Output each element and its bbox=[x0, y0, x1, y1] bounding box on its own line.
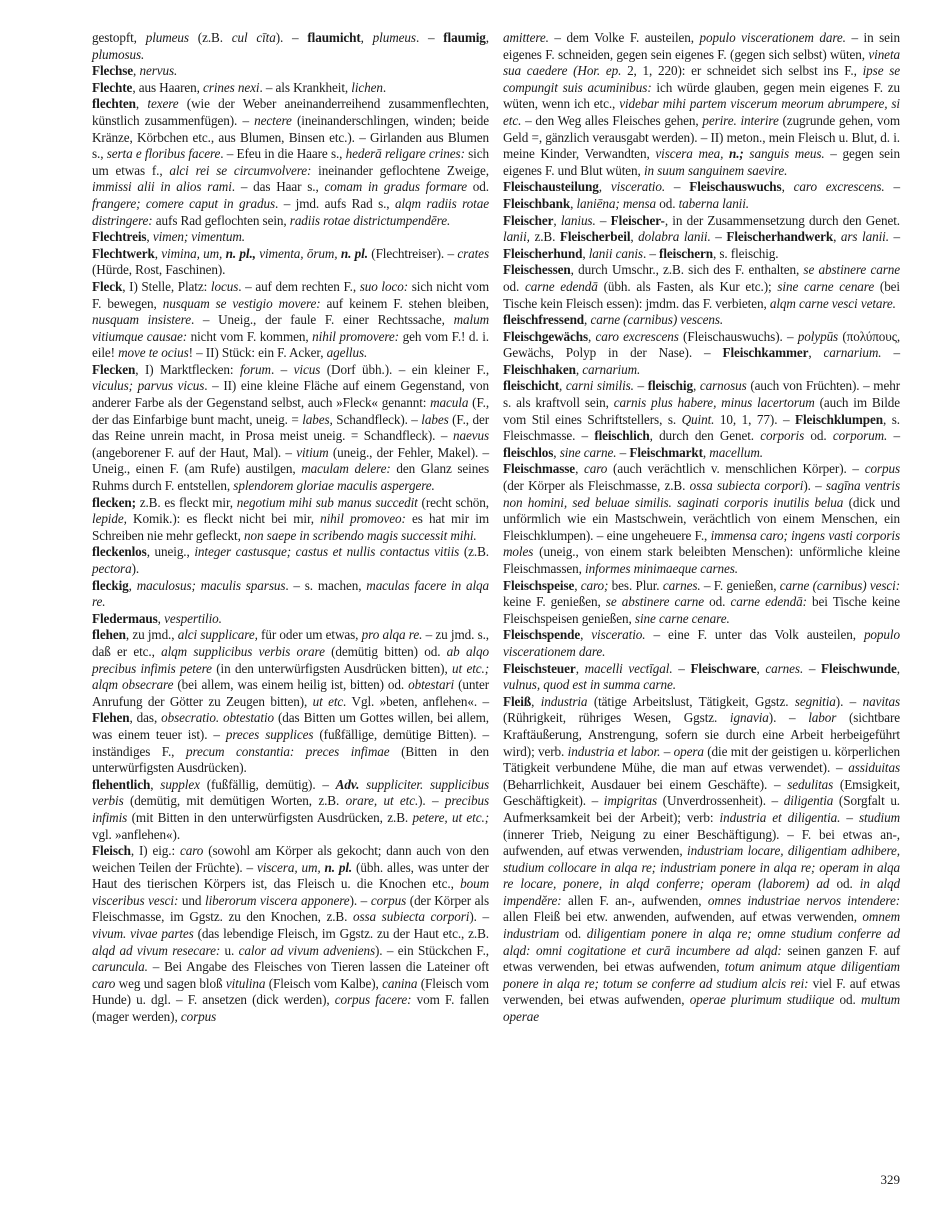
german-text: Komik.): es fleckt nicht bei mir, bbox=[127, 511, 320, 526]
german-text: – bbox=[673, 661, 691, 676]
german-text: , uneig., bbox=[147, 544, 195, 559]
german-text: (Flechtreiser). – bbox=[368, 246, 457, 261]
latin-gloss: plumosus. bbox=[92, 47, 144, 62]
german-text: u. bbox=[220, 943, 239, 958]
german-text: , s. fleischig. bbox=[713, 246, 779, 261]
page-number: 329 bbox=[881, 1172, 901, 1188]
german-text: , bbox=[833, 229, 841, 244]
latin-gloss: nusquam se vestigio movere: bbox=[163, 296, 321, 311]
german-text: – bbox=[840, 810, 859, 825]
entry-fleckenlos: fleckenlos, uneig., integer castusque; c… bbox=[92, 544, 489, 577]
latin-gloss: move te ocius bbox=[118, 345, 188, 360]
headword: flaumig bbox=[443, 30, 486, 45]
latin-gloss: carne edendā bbox=[525, 279, 598, 294]
latin-gloss: in suum sanguinem saevire. bbox=[644, 163, 787, 178]
latin-gloss: labor bbox=[808, 710, 836, 725]
latin-gloss: caruncula. bbox=[92, 959, 148, 974]
german-text: , bbox=[553, 213, 560, 228]
german-text: – bbox=[634, 378, 648, 393]
latin-gloss: agellus. bbox=[327, 345, 368, 360]
german-text: (in den unterwürfigsten Ausdrücken bitte… bbox=[212, 661, 452, 676]
latin-gloss: splendorem gloriae maculis aspergere. bbox=[233, 478, 434, 493]
entry-flechten: flechten, texere (wie der Weber aneinand… bbox=[92, 96, 489, 229]
german-text: (übh. als Fasten, als Kur etc.); bbox=[598, 279, 778, 294]
headword: Fleischerbeil bbox=[560, 229, 630, 244]
latin-gloss: amittere. bbox=[503, 30, 549, 45]
latin-gloss: diligentia bbox=[784, 793, 834, 808]
latin-gloss: carnis plus habere, minus lacertorum bbox=[614, 395, 815, 410]
latin-gloss: ars lanii. bbox=[841, 229, 889, 244]
latin-gloss: forum bbox=[240, 362, 271, 377]
german-text: (mit Bitten in den unterwürfigsten Ausdr… bbox=[127, 810, 412, 825]
german-text: , bbox=[136, 96, 147, 111]
entry-fleischsteuer: Fleischsteuer, macelli vectīgal. – Fleis… bbox=[503, 661, 900, 694]
headword: Fleischausteilung bbox=[503, 179, 599, 194]
latin-gloss: industria et diligentia. bbox=[720, 810, 841, 825]
headword: fleischfressend bbox=[503, 312, 584, 327]
headword: flechten bbox=[92, 96, 136, 111]
german-text: nicht vom F. kommen, bbox=[187, 329, 312, 344]
entry-flechse: Flechse, nervus. bbox=[92, 63, 489, 80]
latin-gloss: macelli vectīgal. bbox=[585, 661, 673, 676]
german-text: ). – bbox=[418, 793, 445, 808]
latin-gloss: plumeus bbox=[146, 30, 189, 45]
entry-fleischgewaechs: Fleischgewächs, caro excrescens (Fleisch… bbox=[503, 329, 900, 379]
german-text: (Dorf übh.). – ein kleiner F., bbox=[320, 362, 489, 377]
german-text: , in der Zusammensetzung durch den Genet… bbox=[665, 213, 900, 228]
german-text: ineinander geflochtene Zweige, bbox=[311, 163, 489, 178]
latin-gloss: liberorum viscera apponere bbox=[205, 893, 350, 908]
latin-gloss: n. pl., bbox=[226, 246, 256, 261]
headword: Fleischauswuchs bbox=[689, 179, 781, 194]
german-text: , bbox=[129, 578, 137, 593]
latin-gloss: industria et labor. bbox=[568, 744, 661, 759]
headword: Fleischklumpen bbox=[795, 412, 883, 427]
german-text: (demütig, mit demütigen Worten, z.B. bbox=[124, 793, 346, 808]
latin-gloss: caro excrescens bbox=[596, 329, 679, 344]
latin-gloss: nervus. bbox=[139, 63, 177, 78]
latin-gloss: caro excrescens. bbox=[794, 179, 885, 194]
latin-gloss: immissi alii in alios rami bbox=[92, 179, 232, 194]
latin-gloss: alci rei se circumvolvere: bbox=[169, 163, 311, 178]
entry-flechtreis: Flechtreis, vimen; vimentum. bbox=[92, 229, 489, 246]
german-text: (auch verächtlich v. menschlichen Körper… bbox=[607, 461, 864, 476]
entry-flehen: flehen, zu jmd., alci supplicare, für od… bbox=[92, 627, 489, 776]
german-text: , bbox=[486, 30, 489, 45]
latin-gloss: ut etc. bbox=[313, 694, 347, 709]
latin-gloss: corpus bbox=[865, 461, 900, 476]
entry-fledermaus: Fledermaus, vespertilio. bbox=[92, 611, 489, 628]
german-text: (demütig bitten) od. bbox=[325, 644, 447, 659]
headword: Fleischspende bbox=[503, 627, 580, 642]
latin-gloss: frangere; comere caput in gradus bbox=[92, 196, 275, 211]
headword: Fleischerhund bbox=[503, 246, 582, 261]
latin-gloss: canina bbox=[382, 976, 417, 991]
entry-fleckig: fleckig, maculosus; maculis sparsus. – s… bbox=[92, 578, 489, 611]
latin-gloss: vimenta, ōrum, bbox=[256, 246, 341, 261]
german-text: – bbox=[711, 229, 727, 244]
latin-gloss: n.; bbox=[729, 146, 744, 161]
german-text: , bbox=[361, 30, 373, 45]
german-text: , I) Stelle, Platz: bbox=[122, 279, 211, 294]
german-text: (das lebendige Fleisch, im Ggstz. zu der… bbox=[194, 926, 489, 941]
entry-fleischspende: Fleischspende, visceratio. – eine F. unt… bbox=[503, 627, 900, 660]
german-text: (z.B. bbox=[189, 30, 232, 45]
headword: Fleischware bbox=[690, 661, 756, 676]
headword: fleischig bbox=[648, 378, 693, 393]
german-text: (z.B. bbox=[459, 544, 489, 559]
german-text: – bbox=[660, 744, 673, 759]
latin-gloss: Adv. bbox=[336, 777, 360, 792]
headword: fleischlos bbox=[503, 445, 553, 460]
german-text: , zu jmd., bbox=[126, 627, 178, 642]
latin-gloss: ignavia bbox=[730, 710, 769, 725]
entry-fleischessen: Fleischessen, durch Umschr., z.B. sich d… bbox=[503, 262, 900, 312]
latin-gloss: vespertilio. bbox=[164, 611, 222, 626]
dictionary-page: gestopft, plumeus (z.B. cul cīta). – fla… bbox=[0, 0, 935, 1210]
german-text: , bbox=[576, 661, 585, 676]
german-text: , aus Haaren, bbox=[132, 80, 203, 95]
german-text: und bbox=[178, 893, 205, 908]
latin-gloss: supplex bbox=[160, 777, 200, 792]
latin-gloss: carnes. bbox=[663, 578, 701, 593]
latin-gloss: n. pl. bbox=[325, 860, 353, 875]
headword: Fleischwunde bbox=[821, 661, 897, 676]
headword: Fleischer bbox=[503, 213, 553, 228]
german-text: ). – bbox=[469, 909, 489, 924]
latin-gloss: informes minimaeque carnes. bbox=[585, 561, 738, 576]
latin-gloss: corpus bbox=[181, 1009, 216, 1024]
german-text: bes. Plur. bbox=[608, 578, 662, 593]
german-text: z.B. bbox=[530, 229, 560, 244]
headword: Fleischer- bbox=[611, 213, 665, 228]
german-text: . – s. machen, bbox=[285, 578, 366, 593]
latin-gloss: integer castusque; castus et nullis cont… bbox=[194, 544, 459, 559]
german-text: – den Weg alles Fleisches gehen, bbox=[521, 113, 702, 128]
latin-gloss: viscera mea, bbox=[655, 146, 729, 161]
latin-gloss: labes, bbox=[302, 412, 333, 427]
german-text: (Hürde, Rost, Faschinen). bbox=[92, 262, 225, 277]
latin-gloss: carnosus bbox=[700, 378, 747, 393]
latin-gloss: cul cīta bbox=[232, 30, 276, 45]
headword: Fleischessen bbox=[503, 262, 571, 277]
latin-gloss: visceratio. bbox=[591, 627, 645, 642]
entry-fleischmasse: Fleischmasse, caro (auch verächtlich v. … bbox=[503, 461, 900, 577]
latin-gloss: orare, ut etc. bbox=[346, 793, 419, 808]
latin-gloss: visceratio. bbox=[611, 179, 665, 194]
entry-flaumig-continuation: gestopft, plumeus (z.B. cul cīta). – fla… bbox=[92, 30, 489, 63]
german-text: – F. genießen, bbox=[701, 578, 780, 593]
latin-gloss: vitulina bbox=[226, 976, 266, 991]
headword: Flechtreis bbox=[92, 229, 146, 244]
latin-gloss: radiis rotae districtumpendēre. bbox=[290, 213, 450, 228]
german-text: (Beharrlichkeit, Ausdauer bei einem Gesc… bbox=[503, 777, 787, 792]
german-text: od. bbox=[656, 196, 679, 211]
german-text: Vgl. »beten, anflehen«. – bbox=[346, 694, 489, 709]
latin-gloss: alci supplicare, bbox=[178, 627, 258, 642]
headword: Fleischbank bbox=[503, 196, 570, 211]
latin-gloss: carne (carnibus) vesci: bbox=[780, 578, 900, 593]
headword: Fleiß bbox=[503, 694, 531, 709]
latin-gloss: sedulitas bbox=[787, 777, 833, 792]
german-text: – bbox=[616, 445, 629, 460]
german-text: , bbox=[599, 179, 611, 194]
german-text: – bbox=[885, 179, 900, 194]
latin-gloss: industria bbox=[541, 694, 588, 709]
german-text: , bbox=[588, 329, 596, 344]
latin-gloss: obtestari bbox=[408, 677, 454, 692]
entry-fleischer: Fleischer, lanius. – Fleischer-, in der … bbox=[503, 213, 900, 263]
german-text: auf keinem F. stehen bleiben, bbox=[321, 296, 489, 311]
latin-gloss: preces supplices bbox=[226, 727, 314, 742]
german-text: – bbox=[882, 345, 900, 360]
german-text: – bbox=[596, 213, 611, 228]
latin-gloss: crates bbox=[457, 246, 489, 261]
latin-gloss: lichen bbox=[351, 80, 383, 95]
german-text: ). – bbox=[769, 710, 808, 725]
latin-gloss: carnarium. bbox=[824, 345, 882, 360]
german-text: , bbox=[150, 777, 160, 792]
german-text: (Fleisch vom Kalbe), bbox=[265, 976, 382, 991]
latin-gloss: obsecratio. obtestatio bbox=[161, 710, 274, 725]
headword: Fleischmasse bbox=[503, 461, 575, 476]
entry-flechtwerk: Flechtwerk, vimina, um, n. pl., vimenta,… bbox=[92, 246, 489, 279]
latin-gloss: studium bbox=[859, 810, 900, 825]
german-text: ! – II) Stück: ein F. Acker, bbox=[189, 345, 327, 360]
headword: flehen bbox=[92, 627, 126, 642]
headword: Flechse bbox=[92, 63, 133, 78]
latin-gloss: crines nexi bbox=[203, 80, 259, 95]
latin-gloss: pro alqa re. bbox=[362, 627, 423, 642]
latin-gloss: taberna lanii. bbox=[679, 196, 749, 211]
german-text: aufs Rad geflochten sein, bbox=[153, 213, 290, 228]
latin-gloss: ossa subiecta corpori bbox=[690, 478, 804, 493]
latin-gloss: sine carne cenare bbox=[777, 279, 874, 294]
latin-gloss: caro bbox=[584, 461, 607, 476]
latin-gloss: navitas bbox=[863, 694, 900, 709]
headword: fleischlich bbox=[594, 428, 649, 443]
german-text: , durch Umschr., z.B. sich des F. enthal… bbox=[571, 262, 804, 277]
latin-gloss: se abstinere carne bbox=[803, 262, 900, 277]
entry-flecken: Flecken, I) Marktflecken: forum. – vicus… bbox=[92, 362, 489, 495]
entry-fleiss: Fleiß, industria (tätige Arbeitslust, Tä… bbox=[503, 694, 900, 1026]
german-text: ). – bbox=[350, 893, 371, 908]
latin-gloss: assiduitas bbox=[848, 760, 900, 775]
german-text: od. bbox=[559, 926, 587, 941]
german-text: z.B. es fleckt mir, bbox=[136, 495, 237, 510]
latin-gloss: vitium bbox=[296, 445, 328, 460]
entry-fleischicht: fleischicht, carni similis. – fleischig,… bbox=[503, 378, 900, 461]
german-text: – bbox=[889, 229, 900, 244]
german-text: . bbox=[383, 80, 386, 95]
german-text: ). – ein Stückchen F., bbox=[375, 943, 489, 958]
german-text: . – Uneig., der faule F. einer Rechtssac… bbox=[191, 312, 454, 327]
latin-gloss: operae plurimum studiique bbox=[690, 992, 835, 1007]
latin-gloss: ossa subiecta corpori bbox=[353, 909, 469, 924]
latin-gloss: nectere bbox=[254, 113, 292, 128]
latin-gloss: polypūs bbox=[798, 329, 838, 344]
latin-gloss: viculus; parvus vicus bbox=[92, 378, 204, 393]
left-column: gestopft, plumeus (z.B. cul cīta). – fla… bbox=[92, 30, 489, 1026]
latin-gloss: carnes. bbox=[765, 661, 803, 676]
latin-gloss: n. pl. bbox=[341, 246, 368, 261]
latin-gloss: labes bbox=[421, 412, 448, 427]
german-text: weg und sagen bloß bbox=[115, 976, 226, 991]
headword: fleckig bbox=[92, 578, 129, 593]
german-text: . – Efeu in die Haare s., bbox=[220, 146, 345, 161]
latin-gloss: populo viscerationem dare. bbox=[700, 30, 846, 45]
latin-gloss: caro bbox=[92, 976, 115, 991]
german-text: (recht schön, bbox=[418, 495, 489, 510]
german-text: , bbox=[559, 378, 566, 393]
latin-gloss: laniēna; mensa bbox=[576, 196, 656, 211]
german-text: , bbox=[897, 661, 900, 676]
latin-gloss: corpus facere: bbox=[335, 992, 412, 1007]
latin-gloss: sanguis meus. bbox=[744, 146, 825, 161]
latin-gloss: alqm carne vesci vetare. bbox=[770, 296, 896, 311]
latin-gloss: nihil promovere: bbox=[312, 329, 399, 344]
latin-gloss: vivum. vivae partes bbox=[92, 926, 194, 941]
latin-gloss: opera bbox=[674, 744, 704, 759]
latin-gloss: serta e floribus facere bbox=[107, 146, 221, 161]
german-text: (fußfällig, demütig). – bbox=[200, 777, 336, 792]
headword: fleischicht bbox=[503, 378, 559, 393]
latin-gloss: vimen; vimentum. bbox=[153, 229, 245, 244]
german-text: Schandfleck). – bbox=[333, 412, 422, 427]
german-text: , bbox=[575, 461, 584, 476]
headword: Fleischspeise bbox=[503, 578, 574, 593]
german-text: , durch den Genet. bbox=[650, 428, 761, 443]
german-text: vgl. »anflehen«). bbox=[92, 827, 180, 842]
german-text: . – bbox=[643, 246, 659, 261]
text-block: gestopft, plumeus (z.B. cul cīta). – fla… bbox=[92, 30, 900, 1026]
headword: Fleischkammer bbox=[722, 345, 808, 360]
entry-fleischfressend: fleischfressend, carne (carnibus) vescen… bbox=[503, 312, 900, 329]
latin-gloss: dolabra lanii. bbox=[638, 229, 711, 244]
german-text: allen F. an-, aufwenden, bbox=[562, 893, 708, 908]
latin-gloss: nihil promoveo: bbox=[320, 511, 406, 526]
german-text: . – auf dem rechten F., bbox=[238, 279, 359, 294]
entry-flehentlich: flehentlich, supplex (fußfällig, demütig… bbox=[92, 777, 489, 843]
german-text: , I) Marktflecken: bbox=[135, 362, 240, 377]
latin-gloss: macellum. bbox=[709, 445, 763, 460]
headword: Fleischhaken bbox=[503, 362, 576, 377]
headword: Flecken bbox=[92, 362, 135, 377]
latin-gloss: carne edendā: bbox=[730, 594, 806, 609]
latin-gloss: maculam delere: bbox=[301, 461, 390, 476]
headword: Fleischerhandwerk bbox=[726, 229, 833, 244]
german-text: od. bbox=[467, 179, 489, 194]
headword: Fleischsteuer bbox=[503, 661, 576, 676]
german-text: – dem Volke F. austeilen, bbox=[549, 30, 700, 45]
latin-gloss: lanius. bbox=[561, 213, 596, 228]
headword: Fleisch bbox=[92, 843, 131, 858]
german-text: (der Körper als Fleischmasse, z.B. bbox=[503, 478, 690, 493]
latin-gloss: macula bbox=[430, 395, 468, 410]
latin-gloss: lanii, bbox=[503, 229, 530, 244]
german-text: – bbox=[887, 428, 900, 443]
latin-gloss: carnarium. bbox=[582, 362, 640, 377]
headword: Fledermaus bbox=[92, 611, 158, 626]
german-text: . – jmd. aufs Rad s., bbox=[275, 196, 395, 211]
german-text: . – bbox=[416, 30, 443, 45]
german-text: 2, 1, 220): er schneidet sich selbst ins… bbox=[621, 63, 862, 78]
latin-gloss: Quint. bbox=[682, 412, 715, 427]
entry-flechte: Flechte, aus Haaren, crines nexi. – als … bbox=[92, 80, 489, 97]
entry-fleisch: Fleisch, I) eig.: caro (sowohl am Körper… bbox=[92, 843, 489, 1026]
headword: fleischern bbox=[659, 246, 713, 261]
latin-gloss: se abstinere carne bbox=[606, 594, 704, 609]
german-text: (bei allem, was einem heilig ist, bitten… bbox=[173, 677, 408, 692]
latin-gloss: carni similis. bbox=[566, 378, 634, 393]
latin-gloss: omnes industriae nervos intendere: bbox=[708, 893, 900, 908]
latin-gloss: caro; bbox=[581, 578, 609, 593]
german-text: . – als Krankheit, bbox=[259, 80, 351, 95]
german-text: – eine F. unter das Volk austeilen, bbox=[646, 627, 864, 642]
german-text: ). – bbox=[836, 694, 863, 709]
latin-gloss: impigritas bbox=[604, 793, 657, 808]
latin-gloss: comam in gradus formare bbox=[325, 179, 467, 194]
german-text: (Rührigkeit, rühriges Wesen, Ggstz. bbox=[503, 710, 730, 725]
latin-gloss: carne (carnibus) vescens. bbox=[590, 312, 723, 327]
headword: Fleck bbox=[92, 279, 122, 294]
german-text: keine F. genießen, bbox=[503, 594, 606, 609]
german-text: , bbox=[630, 229, 638, 244]
german-text: – bbox=[665, 179, 689, 194]
latin-gloss: maculosus; maculis sparsus bbox=[137, 578, 286, 593]
entry-fleischausteilung: Fleischausteilung, visceratio. – Fleisch… bbox=[503, 179, 900, 212]
latin-gloss: vulnus, quod est in summa carne. bbox=[503, 677, 676, 692]
latin-gloss: precum constantia: preces infimae bbox=[186, 744, 390, 759]
latin-gloss: locus bbox=[211, 279, 238, 294]
german-text: od. bbox=[804, 428, 833, 443]
latin-gloss: corporum. bbox=[833, 428, 887, 443]
german-text: , bbox=[782, 179, 794, 194]
latin-gloss: alqd ad vivum resecare: bbox=[92, 943, 220, 958]
latin-gloss: vicus bbox=[294, 362, 321, 377]
german-text: – Bei Angabe des Fleisches von Tieren la… bbox=[148, 959, 489, 974]
right-column: amittere. – dem Volke F. austeilen, popu… bbox=[503, 30, 900, 1026]
headword: Flechte bbox=[92, 80, 132, 95]
latin-gloss: non saepe in scribendo magis successit m… bbox=[244, 528, 477, 543]
latin-gloss: pectora bbox=[92, 561, 132, 576]
german-text: . – das Haar s., bbox=[232, 179, 325, 194]
latin-gloss: segnitia bbox=[795, 694, 836, 709]
german-text: 10, 1, 77). – bbox=[714, 412, 795, 427]
headword: flecken; bbox=[92, 495, 136, 510]
german-text: für oder um etwas, bbox=[258, 627, 362, 642]
german-text: ). – bbox=[803, 478, 826, 493]
headword: flaumicht bbox=[307, 30, 360, 45]
latin-gloss: calor ad vivum adveniens bbox=[239, 943, 375, 958]
latin-gloss: sine carne cenare. bbox=[635, 611, 730, 626]
latin-gloss: naevus bbox=[453, 428, 489, 443]
german-text: , bbox=[531, 694, 541, 709]
headword: Flechtwerk bbox=[92, 246, 155, 261]
german-text: od. bbox=[503, 279, 525, 294]
german-text: od. bbox=[704, 594, 730, 609]
latin-gloss: corpus bbox=[371, 893, 406, 908]
german-text: , bbox=[693, 378, 700, 393]
latin-gloss: sine carne. bbox=[560, 445, 617, 460]
headword: flehentlich bbox=[92, 777, 150, 792]
latin-gloss: texere bbox=[147, 96, 178, 111]
entry-fleisch-continuation: amittere. – dem Volke F. austeilen, popu… bbox=[503, 30, 900, 179]
german-text: gestopft, bbox=[92, 30, 146, 45]
headword: Fleischgewächs bbox=[503, 329, 588, 344]
german-text: (Unverdrossenheit). – bbox=[657, 793, 784, 808]
latin-gloss: viscera, um, bbox=[257, 860, 325, 875]
